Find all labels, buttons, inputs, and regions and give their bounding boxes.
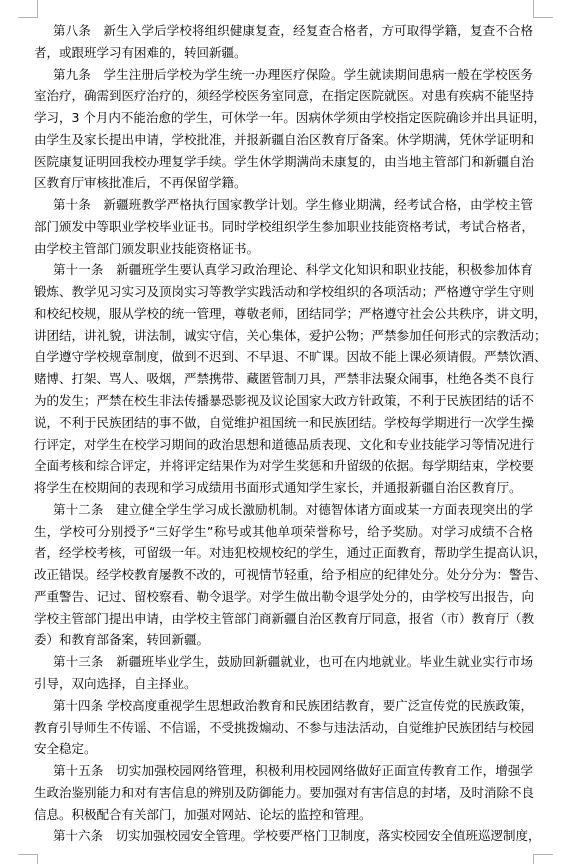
text-line: 说，不利于民族团结的事不做，自觉维护祖国统一和民族团结。学校每学期进行一次学生操 [34, 412, 533, 434]
text-line: 引导，双向选择，自主择业。 [34, 673, 533, 695]
text-line-article-14: 第十四条 学校高度重视学生思想政治教育和民族团结教育，要广泛宣传党的民族政策， [34, 695, 533, 717]
text-line-article-11: 第十一条 新疆班学生要认真学习政治理论、科学文化知识和职业技能，积极参加体育 [34, 259, 533, 281]
text-line: 学习，3 个月内不能治愈的学生，可休学一年。因病休学须由学校指定医院确诊并出具证… [34, 107, 533, 129]
text-line: 区教育厅审核批准后，不再保留学籍。 [34, 172, 533, 194]
text-line: 安全稳定。 [34, 738, 533, 760]
text-boundary-mark-top-right [533, 0, 553, 18]
text-line: 改正错误。经学校教育屡教不改的，可视情节轻重，给予相应的纪律处分。处分分为：警告… [34, 564, 533, 586]
text-line: 严重警告、记过、留校察看、勒令退学。对学生做出勒令退学处分的，由学校写出报告，向 [34, 586, 533, 608]
text-line-article-15: 第十五条 切实加强校园网络管理，积极利用校园网络做好正面宣传教育工作，增强学 [34, 760, 533, 782]
text-boundary-mark-top-left [18, 0, 38, 18]
text-line: 教育引导师生不传谣、不信谣，不受挑拨煽动、不参与违法活动，自觉维护民族团结与校园 [34, 717, 533, 739]
text-line: 医院康复证明回我校办理复学手续。学生休学期满尚未康复的，由当地主管部门和新疆自治 [34, 151, 533, 173]
text-line: 由学校主管部门颁发职业技能资格证书。 [34, 238, 533, 260]
text-line: 生，学校可分别授予“三好学生”称号或其他单项荣誉称号，给予奖励。对学习成绩不合格 [34, 521, 533, 543]
text-line: 行评定，对学生在校学习期间的政治思想和道德品质表现、文化和专业技能学习等情况进行 [34, 434, 533, 456]
text-line-article-8: 第八条 新生入学后学校将组织健康复查，经复查合格者，方可取得学籍，复查不合格 [34, 20, 533, 42]
text-line-article-12: 第十二条 建立健全学生学习成长激励机制。对德智体诸方面或某一方面表现突出的学 [34, 499, 533, 521]
text-line: 由学生及家长提出申请，学校批准，并报新疆自治区教育厅备案。休学期满，凭休学证明和 [34, 129, 533, 151]
text-line: 讲团结，讲礼貌，讲法制，诚实守信，关心集体，爱护公物；严禁参加任何形式的宗教活动… [34, 325, 533, 347]
text-line: 室治疗，确需到医疗治疗的，须经学校医务室同意，在指定医院就医。对患有疾病不能坚持 [34, 85, 533, 107]
text-line-article-10: 第十条 新疆班教学严格执行国家教学计划。学生修业期满，经考试合格，由学校主管 [34, 194, 533, 216]
text-line-article-16: 第十六条 切实加强校园安全管理。学校要严格门卫制度，落实校园安全值班巡逻制度， [34, 825, 533, 847]
text-boundary-mark-bottom-right [533, 854, 553, 864]
text-line: 学校主管部门提出申请，由学校主管部门商新疆自治区教育厅同意，报省（市）教育厅（教 [34, 608, 533, 630]
text-boundary-mark-bottom-left [18, 854, 38, 864]
text-line: 全面考核和综合评定，并将评定结果作为对学生奖惩和升留级的依据。每学期结束，学校要 [34, 455, 533, 477]
text-line: 者，或跟班学习有困难的，转回新疆。 [34, 42, 533, 64]
text-line: 委）和教育部备案，转回新疆。 [34, 629, 533, 651]
text-line: 生政治鉴别能力和对有害信息的辨别及防御能力。要加强对有害信息的封堵，及时消除不良 [34, 782, 533, 804]
text-line: 为的发生；严禁在校生非法传播暴恐影视及议论国家大政方针政策，不利于民族团结的话不 [34, 390, 533, 412]
text-line: 者，经学校考核，可留级一年。对违犯校规校纪的学生，通过正面教育，帮助学生提高认识… [34, 542, 533, 564]
document-text-area[interactable]: 第八条 新生入学后学校将组织健康复查，经复查合格者，方可取得学籍，复查不合格 者… [34, 20, 533, 847]
text-line: 信息。积极配合有关部门，加强对网站、论坛的监控和管理。 [34, 804, 533, 826]
document-page: 第八条 新生入学后学校将组织健康复查，经复查合格者，方可取得学籍，复查不合格 者… [0, 0, 570, 864]
text-line: 自学遵守学校规章制度，做到不迟到、不早退、不旷课。因故不能上课必须请假。严禁饮酒… [34, 346, 533, 368]
text-line: 和校纪校规，服从学校的统一管理，尊敬老师，团结同学；严格遵守社会公共秩序，讲文明… [34, 303, 533, 325]
text-line-article-13: 第十三条 新疆班毕业学生，鼓励回新疆就业，也可在内地就业。毕业生就业实行市场 [34, 651, 533, 673]
text-line: 将学生在校期间的表现和学习成绩用书面形式通知学生家长，并通报新疆自治区教育厅。 [34, 477, 533, 499]
text-line: 赌博、打架、骂人、吸烟，严禁携带、藏匿管制刀具，严禁非法聚众闹事，杜绝各类不良行 [34, 368, 533, 390]
text-line: 部门颁发中等职业学校毕业证书。同时学校组织学生参加职业技能资格考试，考试合格者， [34, 216, 533, 238]
text-line: 锻炼、教学见习实习及顶岗实习等教学实践活动和学校组织的各项活动；严格遵守学生守则 [34, 281, 533, 303]
text-line-article-9: 第九条 学生注册后学校为学生统一办理医疗保险。学生就读期间患病一般在学校医务 [34, 64, 533, 86]
